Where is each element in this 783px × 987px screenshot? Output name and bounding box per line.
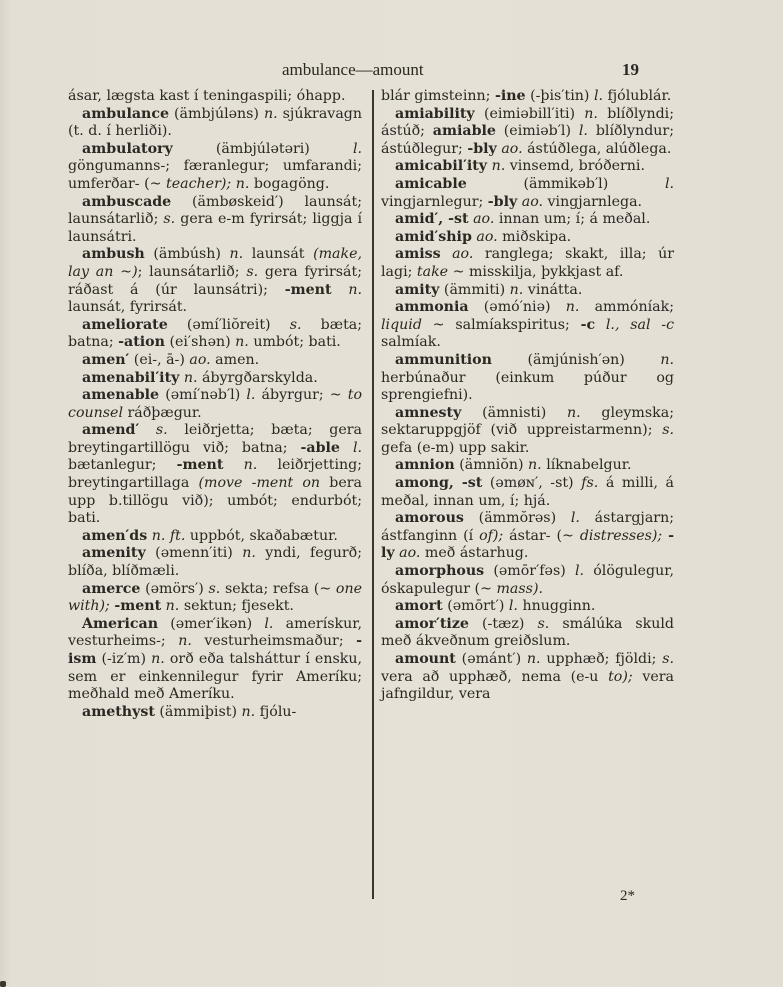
definition-text: (əmøɴ′, -st) <box>482 475 581 491</box>
dictionary-entry: amort (əmōrt′) l. hnugginn. <box>381 598 674 616</box>
headword: amort <box>395 598 443 614</box>
definition-text: miðskipa. <box>498 229 572 245</box>
headword: amenable <box>82 387 159 403</box>
definition-text: (əmenn′iti) <box>146 545 242 561</box>
dictionary-entry: ambulatory (ämbjúlətəri) l. göngumanns-;… <box>68 141 362 194</box>
headword: amerce <box>82 581 140 597</box>
headword: amor′tize <box>395 616 469 632</box>
headword: -ine <box>495 88 526 104</box>
italic-text: of); <box>479 528 503 544</box>
italic-text: n. <box>242 545 256 561</box>
definition-text: (ei-, ā-) <box>129 352 189 368</box>
headword: amicabil′ity <box>395 158 487 174</box>
dictionary-entry: amicable (ämmikəb′l) l. vingjarnlegur; -… <box>381 176 674 211</box>
definition-text <box>340 440 353 456</box>
definition-text: (ämnisti) <box>461 405 567 421</box>
dictionary-entry: ambush (ämbúsh) n. launsát (make, lay an… <box>68 246 362 316</box>
dictionary-entry: amerce (əmörs′) s. sekta; refsa (~ one w… <box>68 581 362 616</box>
italic-text: n. <box>528 457 542 473</box>
headword: amnesty <box>395 405 461 421</box>
definition-text: innan um; í; á meðal. <box>494 211 650 227</box>
dictionary-entry: amen′ (ei-, ā-) ao. amen. <box>68 352 362 370</box>
italic-text: n. <box>348 282 362 298</box>
definition-text: ábyrgðarskylda. <box>198 370 318 386</box>
italic-text: n. <box>241 704 255 720</box>
headword: ameliorate <box>82 317 168 333</box>
dictionary-entry: ammonia (əmó′niə) n. ammóníak; liquid ~ … <box>381 299 674 352</box>
definition-text: (ämmiþist) <box>155 704 242 720</box>
definition-text: bætanlegur; <box>68 457 177 473</box>
italic-text: ~ mass). <box>480 581 543 597</box>
italic-text: ao. <box>476 229 497 245</box>
italic-text: n. <box>184 370 198 386</box>
definition-text: salmíakspiritus; <box>445 317 581 333</box>
italic-text: l. <box>353 440 362 456</box>
definition-text: (əmí′liŏreit) <box>168 317 290 333</box>
definition-text <box>139 422 156 438</box>
headword: -c <box>581 317 596 333</box>
headword: ammunition <box>395 352 492 368</box>
dictionary-entry: amity (ämmiti) n. vinátta. <box>381 282 674 300</box>
definition-text: (-tæz) <box>469 616 538 632</box>
definition-text: launsát, fyrirsát. <box>68 299 187 315</box>
italic-text: l. <box>571 510 580 526</box>
italic-text: ao. <box>452 246 473 262</box>
definition-text: herbúnaður (einkum púður og sprengiefni)… <box>381 370 674 404</box>
dictionary-entry: amenabil′ity n. ábyrgðarskylda. <box>68 370 362 388</box>
definition-text: misskilja, þykkjast af. <box>464 264 623 280</box>
italic-text: n. <box>235 334 249 350</box>
definition-text: ; launsátarlið; <box>138 264 247 280</box>
headword: amen′ <box>82 352 129 368</box>
italic-text: s. <box>662 651 674 667</box>
definition-text: (əmōr′fəs) <box>484 563 575 579</box>
headword: amity <box>395 282 439 298</box>
definition-text: vinsemd, bróðerni. <box>505 158 645 174</box>
dictionary-entry: ambuscade (ämbøskeid′) launsát; launsáta… <box>68 194 362 247</box>
italic-text: l. <box>575 563 584 579</box>
italic-text: l. <box>509 598 518 614</box>
italic-text: n. <box>244 457 258 473</box>
dictionary-entry: amorphous (əmōr′fəs) l. ólögulegur, óska… <box>381 563 674 598</box>
definition-text: ábyrgur; <box>255 387 329 403</box>
definition-text: (ämbjúləns) <box>169 106 264 122</box>
dictionary-entry: amiability (eimiəbill′iti) n. blíðlyndi;… <box>381 106 674 159</box>
column-divider <box>372 90 374 899</box>
headword: amicable <box>395 176 467 192</box>
headword: -ment <box>114 598 161 614</box>
right-column: blár gimsteinn; -ine (-þis′tin) l. fjólu… <box>381 88 674 704</box>
italic-text: liquid ~ <box>381 317 445 333</box>
italic-text: ao. <box>501 141 522 157</box>
dictionary-entry: amenity (əmenn′iti) n. yndi, fegurð; blí… <box>68 545 362 580</box>
headword: amiability <box>395 106 475 122</box>
headword: -bly <box>488 194 517 210</box>
headword: amethyst <box>82 704 155 720</box>
italic-text: n. <box>230 246 244 262</box>
headword: amen′ds <box>82 528 147 544</box>
dictionary-entry: amicabil′ity n. vinsemd, bróðerni. <box>381 158 674 176</box>
page-number: 19 <box>622 60 639 80</box>
headword: amorous <box>395 510 464 526</box>
dictionary-entry: amid′, -st ao. innan um; í; á meðal. <box>381 211 674 229</box>
definition-text: (ämjúnish′ən) <box>492 352 660 368</box>
definition-text: salmíak. <box>381 334 441 350</box>
definition-text: (eimiəb′l) <box>496 123 579 139</box>
headword: -ment <box>177 457 224 473</box>
italic-text: n. <box>660 352 674 368</box>
headword: ambuscade <box>82 194 171 210</box>
italic-text: s. <box>290 317 302 333</box>
definition-text <box>595 317 606 333</box>
italic-text: n. <box>236 176 250 192</box>
definition-text: uppbót, skaðabætur. <box>185 528 337 544</box>
definition-text: (əmó′niə) <box>469 299 566 315</box>
definition-text: vingjarnlega. <box>543 194 642 210</box>
definition-text: umbót; bati. <box>249 334 341 350</box>
italic-text: n. <box>178 633 192 649</box>
definition-text: blár gimsteinn; <box>381 88 495 104</box>
left-column: ásar, lægsta kast í teningaspili; óhapp.… <box>68 88 362 721</box>
headword: -ment <box>285 282 332 298</box>
headword: among, -st <box>395 475 482 491</box>
dictionary-entry: amnion (ämniŏn) n. líknabelgur. <box>381 457 674 475</box>
definition-text: bogagöng. <box>249 176 329 192</box>
headword: amenabil′ity <box>82 370 179 386</box>
definition-text: (əmōrt′) <box>443 598 509 614</box>
italic-text: ao. <box>473 211 494 227</box>
definition-text: fjólublár. <box>603 88 671 104</box>
definition-text: (eimiəbill′iti) <box>475 106 585 122</box>
definition-text: (-iz′m) <box>96 651 151 667</box>
italic-text: n. <box>584 106 598 122</box>
definition-text: hnugginn. <box>518 598 595 614</box>
italic-text: l. <box>353 141 362 157</box>
italic-text: fs. <box>581 475 598 491</box>
definition-text: (ämniŏn) <box>455 457 528 473</box>
italic-text: l. <box>665 176 674 192</box>
italic-text: n. <box>492 158 506 174</box>
italic-text: n. <box>527 651 541 667</box>
definition-text: ásar, lægsta kast í teningaspili; óhapp. <box>68 88 345 104</box>
header-title: ambulance—amount <box>282 60 424 80</box>
definition-text: (əmánt′) <box>456 651 527 667</box>
headword: amnion <box>395 457 455 473</box>
dictionary-entry: ameliorate (əmí′liŏreit) s. bæta; batna;… <box>68 317 362 352</box>
italic-text: to); <box>608 669 633 685</box>
definition-text: (ämmikəb′l) <box>467 176 665 192</box>
italic-text: ao. <box>399 545 420 561</box>
headword: -bly <box>467 141 496 157</box>
headword: amend′ <box>82 422 139 438</box>
italic-text: l. <box>594 88 603 104</box>
definition-text: amen. <box>211 352 259 368</box>
italic-text: (move -ment on <box>199 475 321 491</box>
italic-text: s. <box>209 581 221 597</box>
dictionary-entry: amenable (əmí′nəb′l) l. ábyrgur; ~ to co… <box>68 387 362 422</box>
definition-text: ástúðlega, alúðlega. <box>523 141 672 157</box>
definition-text: (-þis′tin) <box>526 88 594 104</box>
headword: amount <box>395 651 456 667</box>
definition-text: (ämbjúlətəri) <box>173 141 353 157</box>
definition-text: (ämmiti) <box>439 282 509 298</box>
definition-text: (əmer′ikən) <box>158 616 264 632</box>
italic-text: l. <box>579 123 588 139</box>
definition-text: (ei′shən) <box>165 334 235 350</box>
headword: amenity <box>82 545 146 561</box>
dictionary-entry: amethyst (ämmiþist) n. fjólu- <box>68 704 362 722</box>
italic-text: ao. <box>189 352 210 368</box>
dictionary-entry: amnesty (ämnisti) n. gleymska; sektarupp… <box>381 405 674 458</box>
definition-text <box>441 246 453 262</box>
headword: ammonia <box>395 299 469 315</box>
definition-text: ammóníak; <box>579 299 674 315</box>
headword: -ation <box>118 334 165 350</box>
italic-text: s. <box>163 211 175 227</box>
headword: American <box>82 616 158 632</box>
definition-text: sekta; refsa ( <box>220 581 319 597</box>
italic-text: n. <box>166 598 180 614</box>
dictionary-entry: American (əmer′ikən) l. amerískur, vestu… <box>68 616 362 704</box>
definition-text: (ämbúsh) <box>145 246 230 262</box>
headword: -able <box>301 440 340 456</box>
dictionary-entry: amor′tize (-tæz) s. smálúka skuld með ák… <box>381 616 674 651</box>
signature-mark: 2* <box>620 888 635 905</box>
italic-text: n. <box>510 282 524 298</box>
dictionary-page: ambulance—amount 19 ásar, lægsta kast í … <box>0 0 783 987</box>
scan-mark <box>0 981 6 987</box>
italic-text: n. <box>264 106 278 122</box>
definition-text: (əmí′nəb′l) <box>159 387 246 403</box>
headword: ambulance <box>82 106 169 122</box>
headword: ambulatory <box>82 141 173 157</box>
dictionary-entry: ambulance (ämbjúləns) n. sjúkravagn (t. … <box>68 106 362 141</box>
definition-text: gefa (e-m) upp sakir. <box>381 440 529 456</box>
definition-text: (əmörs′) <box>140 581 208 597</box>
definition-text: ráðþægur. <box>123 405 202 421</box>
dictionary-entry: amount (əmánt′) n. upphæð; fjöldi; s. ve… <box>381 651 674 704</box>
dictionary-entry: amorous (ämmŏrəs) l. ástargjarn; ástfang… <box>381 510 674 563</box>
italic-text: s. <box>662 422 674 438</box>
dictionary-entry: amiss ao. ranglega; skakt, illa; úr lagi… <box>381 246 674 281</box>
definition-text: (ämmŏrəs) <box>464 510 571 526</box>
dictionary-entry: amen′ds n. ft. uppbót, skaðabætur. <box>68 528 362 546</box>
definition-text: líknabelgur. <box>542 457 632 473</box>
italic-text: ~ teacher); <box>150 176 232 192</box>
headword: amiss <box>395 246 441 262</box>
definition-text: sektun; fjesekt. <box>179 598 294 614</box>
dictionary-entry: blár gimsteinn; -ine (-þis′tin) l. fjólu… <box>381 88 674 106</box>
italic-text: n. ft. <box>152 528 186 544</box>
definition-text: með ástarhug. <box>420 545 528 561</box>
definition-text: vinátta. <box>523 282 582 298</box>
italic-text: ao. <box>522 194 543 210</box>
dictionary-entry: amend′ s. leiðrjetta; bæta; gera breytin… <box>68 422 362 528</box>
italic-text: n. <box>566 299 580 315</box>
italic-text: s. <box>537 616 549 632</box>
italic-text: s. <box>156 422 168 438</box>
definition-text: ástar- ( <box>503 528 562 544</box>
italic-text: l., sal -c <box>606 317 674 333</box>
italic-text: ~ distresses); <box>562 528 662 544</box>
headword: ambush <box>82 246 145 262</box>
headword: amid′ship <box>395 229 472 245</box>
headword: amiable <box>433 123 496 139</box>
dictionary-entry: amid′ship ao. miðskipa. <box>381 229 674 247</box>
headword: amorphous <box>395 563 484 579</box>
italic-text: take ~ <box>417 264 465 280</box>
definition-text: fjólu- <box>255 704 296 720</box>
italic-text: s. <box>246 264 258 280</box>
definition-text: upphæð; fjöldi; <box>541 651 663 667</box>
definition-text <box>332 282 349 298</box>
dictionary-entry: ásar, lægsta kast í teningaspili; óhapp. <box>68 88 362 106</box>
definition-text: launsát <box>243 246 313 262</box>
dictionary-entry: among, -st (əmøɴ′, -st) fs. á milli, á m… <box>381 475 674 510</box>
dictionary-entry: ammunition (ämjúnish′ən) n. herbúnaður (… <box>381 352 674 405</box>
definition-text: vingjarnlegur; <box>381 194 488 210</box>
definition-text: vera að upphæð, nema (e-u <box>381 669 608 685</box>
definition-text <box>223 457 243 473</box>
italic-text: n. <box>567 405 581 421</box>
italic-text: n. <box>151 651 165 667</box>
headword: amid′, -st <box>395 211 469 227</box>
definition-text: vesturheimsmaður; <box>192 633 356 649</box>
